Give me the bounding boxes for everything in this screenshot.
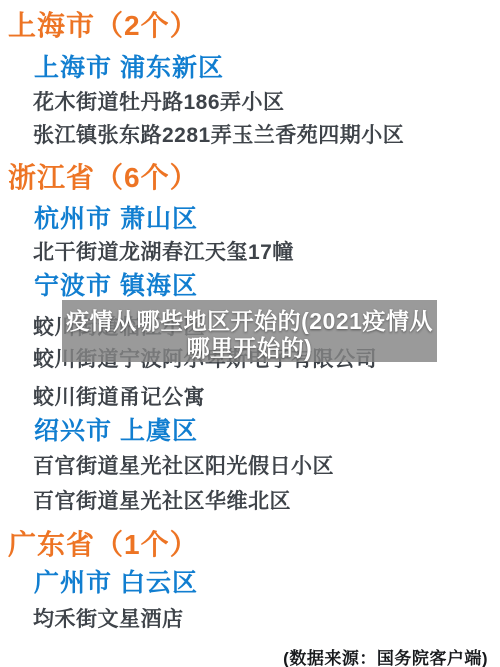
province-header-guangdong: 广东省（1个） [8, 530, 199, 561]
list-item: 均禾街文星酒店 [33, 608, 184, 631]
province-header-shanghai: 上海市（2个） [8, 11, 199, 42]
list-item: 花木街道牡丹路186弄小区 [33, 91, 285, 114]
list-item: 北干街道龙湖春江天玺17幢 [33, 241, 294, 264]
list-item: 百官街道星光社区华维北区 [33, 490, 291, 513]
watermark-title-line2: 哪里开始的) [62, 335, 437, 362]
watermark-title-line1: 疫情从哪些地区开始的(2021疫情从 [62, 308, 437, 335]
risk-area-list-page: 上海市（2个） 上海市 浦东新区 花木街道牡丹路186弄小区 张江镇张东路228… [0, 0, 500, 667]
list-item: 百官街道星光社区阳光假日小区 [33, 455, 334, 478]
district-header-xiaoshan: 杭州市 萧山区 [34, 206, 198, 234]
watermark-title-banner: 疫情从哪些地区开始的(2021疫情从 哪里开始的) [62, 300, 437, 362]
district-header-pudong: 上海市 浦东新区 [34, 55, 224, 83]
list-item: 张江镇张东路2281弄玉兰香苑四期小区 [33, 124, 404, 147]
district-header-shangyu: 绍兴市 上虞区 [34, 418, 198, 446]
data-source-note: (数据来源：国务院客户端) [283, 644, 488, 667]
province-header-zhejiang: 浙江省（6个） [8, 163, 199, 194]
list-item: 蛟川街道甬记公寓 [33, 386, 205, 409]
district-header-baiyun: 广州市 白云区 [34, 570, 198, 598]
district-header-zhenhai: 宁波市 镇海区 [34, 273, 198, 301]
